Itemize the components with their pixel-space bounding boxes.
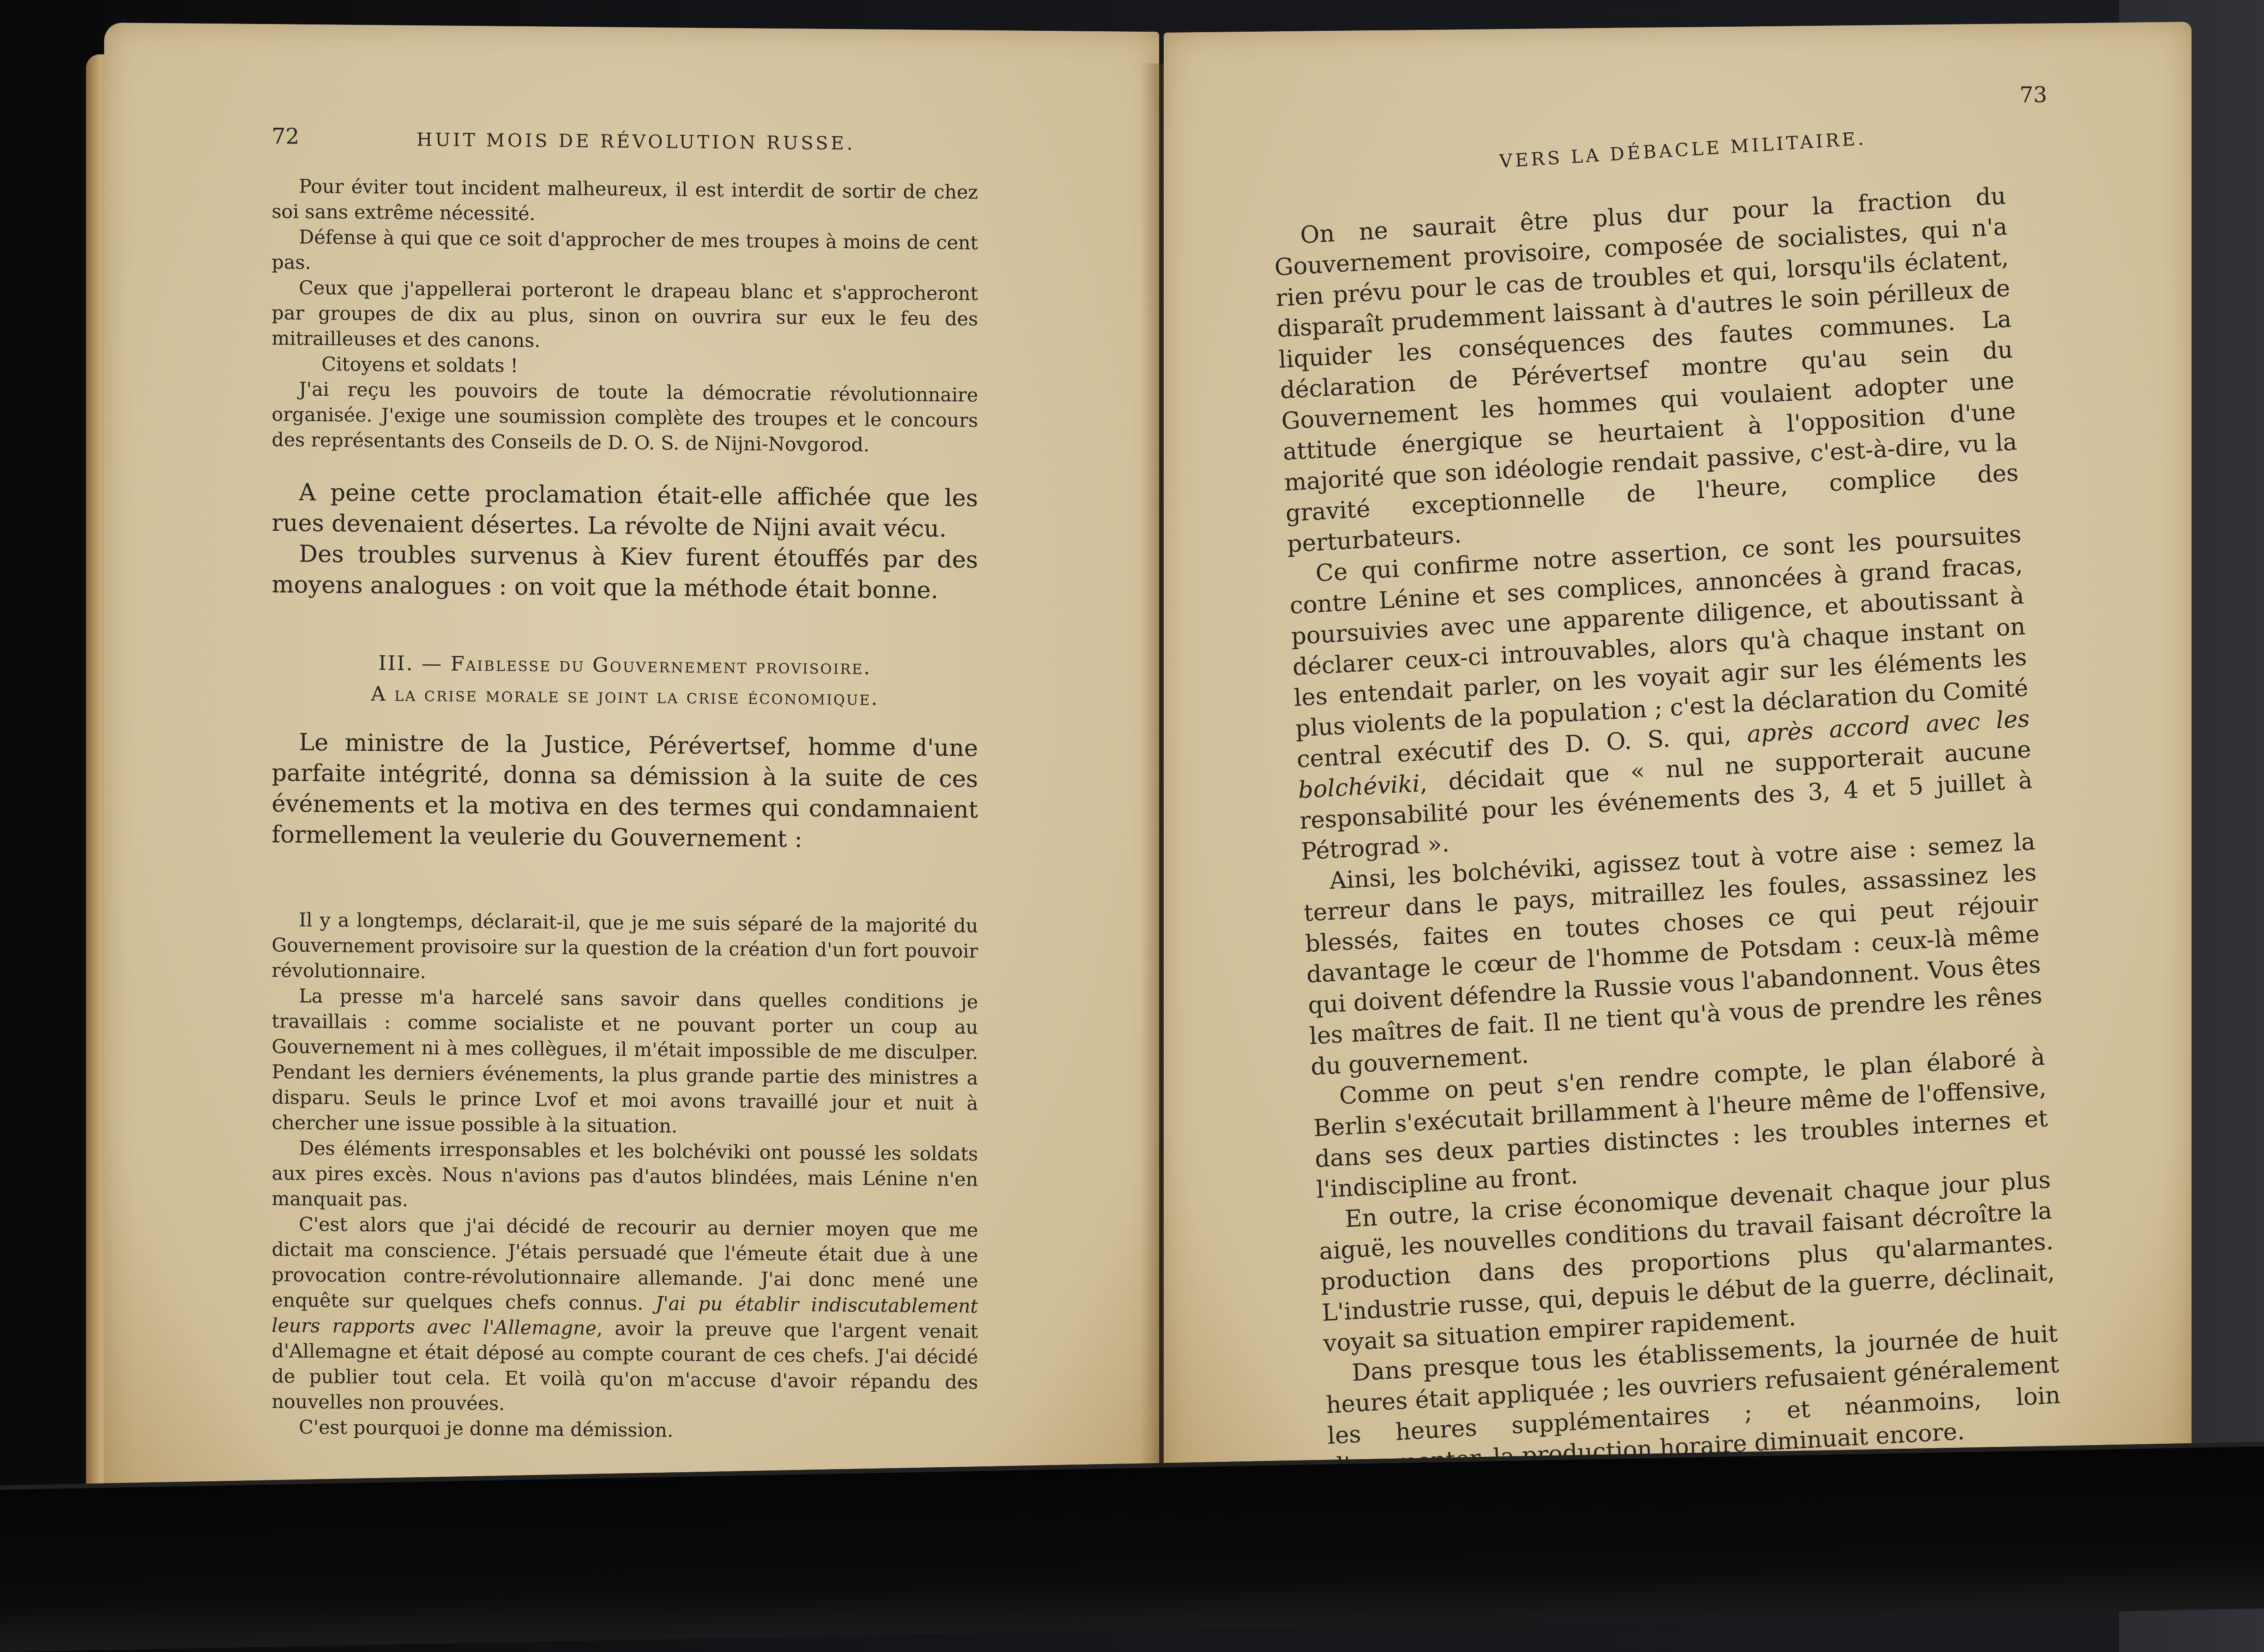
section-subheading: A la crise morale se joint la crise écon… xyxy=(272,678,978,715)
running-header-left: HUIT MOIS DE RÉVOLUTION RUSSE. xyxy=(417,130,855,154)
body-paragraph: Ainsi, les bolchéviki, agissez tout à vo… xyxy=(1302,826,2044,1083)
quote-paragraph: C'est alors que j'ai décidé de recourir … xyxy=(272,1211,978,1421)
proclamation-line: Défense à qui que ce soit d'approcher de… xyxy=(272,224,978,281)
body-paragraph: Ce qui confirme notre assertion, ce sont… xyxy=(1288,519,2034,867)
body-block: A peine cette proclamation était-elle af… xyxy=(272,477,978,856)
quote-paragraph: La presse m'a harcelé sans savoir dans q… xyxy=(272,983,978,1142)
intro-paragraph: Le ministre de la Justice, Pérévertsef, … xyxy=(272,727,978,856)
quote-paragraph: Des éléments irresponsables et les bolch… xyxy=(272,1135,978,1218)
proclamation-line: J'ai reçu les pouvoirs de toute la démoc… xyxy=(272,376,978,459)
page-number-right: 73 xyxy=(2019,82,2047,108)
running-header-right: VERS LA DÉBACLE MILITAIRE. xyxy=(1499,128,1867,172)
quote-paragraph: Il y a longtemps, déclarait-il, que je m… xyxy=(272,907,978,989)
body-paragraph: On ne saurait être plus dur pour la frac… xyxy=(1272,181,2020,560)
right-page: 73 VERS LA DÉBACLE MILITAIRE. On ne saur… xyxy=(1164,22,2192,1527)
page-number-left: 72 xyxy=(272,124,299,149)
body-paragraph: A peine cette proclamation était-elle af… xyxy=(272,477,978,545)
proclamation-line: Ceux que j'appellerai porteront le drape… xyxy=(272,275,978,357)
right-body: On ne saurait être plus dur pour la frac… xyxy=(1272,181,2065,1544)
open-book: 72 HUIT MOIS DE RÉVOLUTION RUSSE. Pour é… xyxy=(86,27,2178,1526)
proclamation-block: Pour éviter tout incident malheureux, il… xyxy=(272,173,978,459)
body-paragraph: Des troubles survenus à Kiev furent étou… xyxy=(272,538,978,606)
proclamation-line: Pour éviter tout incident malheureux, il… xyxy=(272,173,978,231)
left-page: 72 HUIT MOIS DE RÉVOLUTION RUSSE. Pour é… xyxy=(104,23,1159,1526)
quote-block: Il y a longtemps, déclarait-il, que je m… xyxy=(272,907,978,1446)
